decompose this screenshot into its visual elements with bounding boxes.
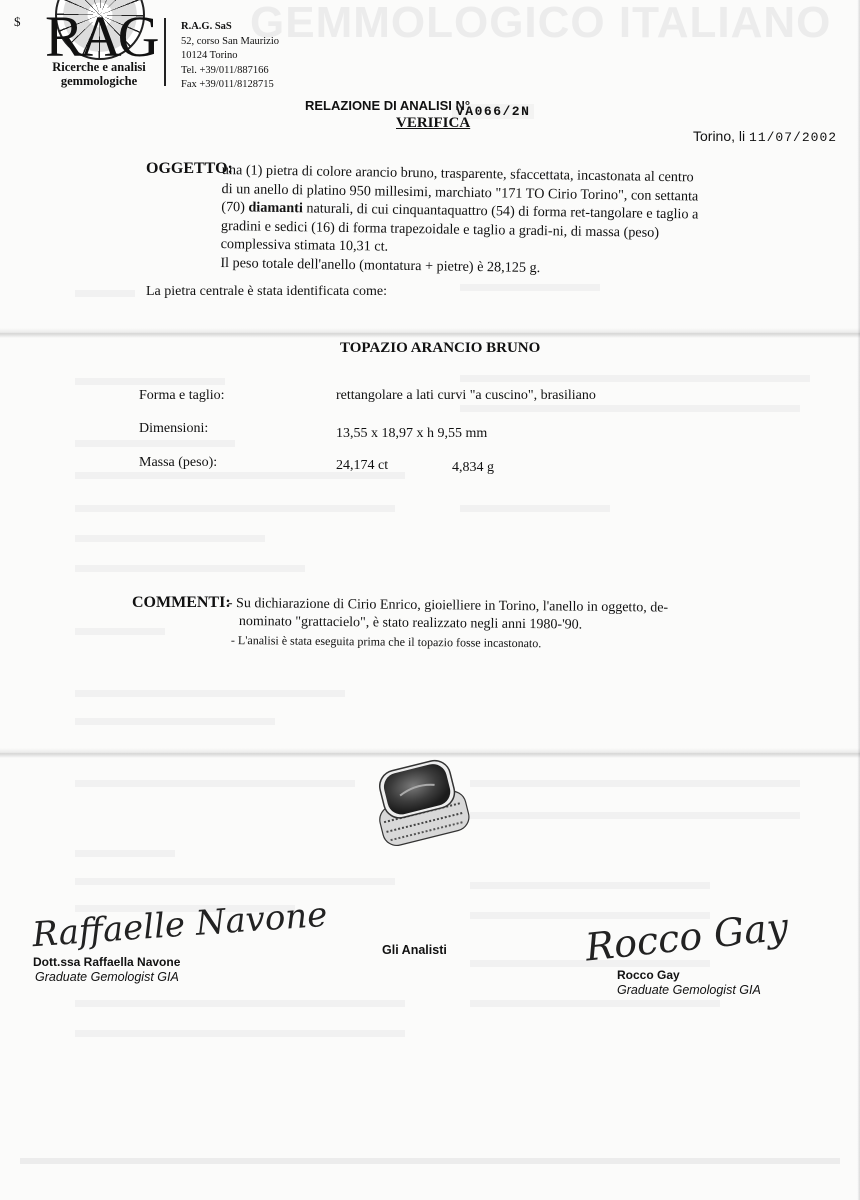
ghost-text bbox=[75, 378, 225, 385]
ghost-text bbox=[75, 718, 275, 725]
ghost-text bbox=[460, 284, 600, 291]
oggetto-label: OGGETTO: bbox=[146, 160, 233, 178]
ghost-text bbox=[460, 405, 800, 412]
ghost-text bbox=[75, 290, 135, 297]
report-date: 11/07/2002 bbox=[749, 130, 837, 145]
paper-fold bbox=[0, 328, 860, 338]
identification-intro: La pietra centrale è stata identificata … bbox=[146, 284, 387, 300]
signature-left: Raffaelle Navone bbox=[31, 895, 329, 956]
ghost-text bbox=[460, 505, 610, 512]
ghost-text bbox=[75, 690, 345, 697]
company-address: R.A.G. SaS 52, corso San Maurizio 10124 … bbox=[181, 20, 279, 93]
property-label: Forma e taglio: bbox=[139, 388, 225, 404]
corner-mark: $ bbox=[14, 14, 21, 30]
ghost-text bbox=[470, 780, 800, 787]
property-value: 24,174 ct bbox=[336, 458, 388, 474]
ghost-text bbox=[470, 812, 800, 819]
identification-result: TOPAZIO ARANCIO BRUNO bbox=[340, 340, 540, 357]
ghost-text bbox=[470, 882, 710, 889]
letterhead-divider bbox=[164, 18, 166, 86]
ring-image bbox=[365, 755, 475, 855]
property-value-secondary: 4,834 g bbox=[452, 460, 494, 476]
comment-line: nominato "grattacielo", è stato realizza… bbox=[239, 614, 582, 634]
ghost-text bbox=[75, 628, 165, 635]
property-label: Massa (peso): bbox=[139, 455, 217, 471]
analyst-title-left: Graduate Gemologist GIA bbox=[35, 970, 179, 984]
ghost-text bbox=[75, 535, 265, 542]
property-value: rettangolare a lati curvi "a cuscino", b… bbox=[336, 388, 596, 404]
ghost-text bbox=[75, 850, 175, 857]
firm-name: R.A.G. SaS bbox=[181, 20, 279, 35]
place-date: Torino, li 11/07/2002 bbox=[693, 128, 837, 145]
property-value: 13,55 x 18,97 x h 9,55 mm bbox=[336, 426, 487, 442]
watermark-text: GEMMOLOGICO ITALIANO bbox=[250, 0, 831, 48]
ghost-text bbox=[75, 780, 355, 787]
commenti-label: COMMENTI: bbox=[132, 594, 231, 612]
analyst-name-right: Rocco Gay bbox=[617, 968, 680, 982]
address-street: 52, corso San Maurizio bbox=[181, 35, 279, 50]
oggetto-description: una (1) pietra di colore arancio bruno, … bbox=[220, 161, 700, 279]
ghost-text bbox=[75, 1030, 405, 1037]
ghost-text bbox=[75, 565, 305, 572]
logo-subtitle-line: gemmologiche bbox=[44, 74, 154, 88]
phone-number: Tel. +39/011/887166 bbox=[181, 64, 279, 79]
ghost-text bbox=[460, 375, 810, 382]
ghost-text bbox=[20, 1158, 840, 1164]
fax-number: Fax +39/011/8128715 bbox=[181, 78, 279, 93]
ghost-text bbox=[75, 440, 235, 447]
analyst-title-right: Graduate Gemologist GIA bbox=[617, 983, 761, 997]
comment-line: - L'analisi è stata eseguita prima che i… bbox=[231, 633, 542, 651]
analyst-name-left: Dott.ssa Raffaella Navone bbox=[33, 955, 180, 969]
ghost-text bbox=[470, 1000, 720, 1007]
address-city: 10124 Torino bbox=[181, 49, 279, 64]
comment-line: - Su dichiarazione di Cirio Enrico, gioi… bbox=[228, 596, 668, 617]
logo-subtitle: Ricerche e analisi gemmologiche bbox=[44, 60, 154, 88]
place: Torino, li bbox=[693, 128, 745, 144]
report-subtitle: VERIFICA bbox=[396, 115, 470, 132]
ghost-text bbox=[75, 505, 395, 512]
ghost-text bbox=[75, 878, 395, 885]
total-weight: Il peso totale dell'anello (montatura + … bbox=[220, 253, 698, 279]
ghost-text bbox=[75, 1000, 405, 1007]
oggetto-bold-word: diamanti bbox=[248, 199, 303, 216]
analysts-heading: Gli Analisti bbox=[382, 943, 447, 957]
report-title: RELAZIONE DI ANALISI N° bbox=[305, 98, 470, 113]
property-label: Dimensioni: bbox=[139, 421, 208, 437]
logo-subtitle-line: Ricerche e analisi bbox=[44, 60, 154, 74]
logo: RAG bbox=[45, 8, 155, 66]
